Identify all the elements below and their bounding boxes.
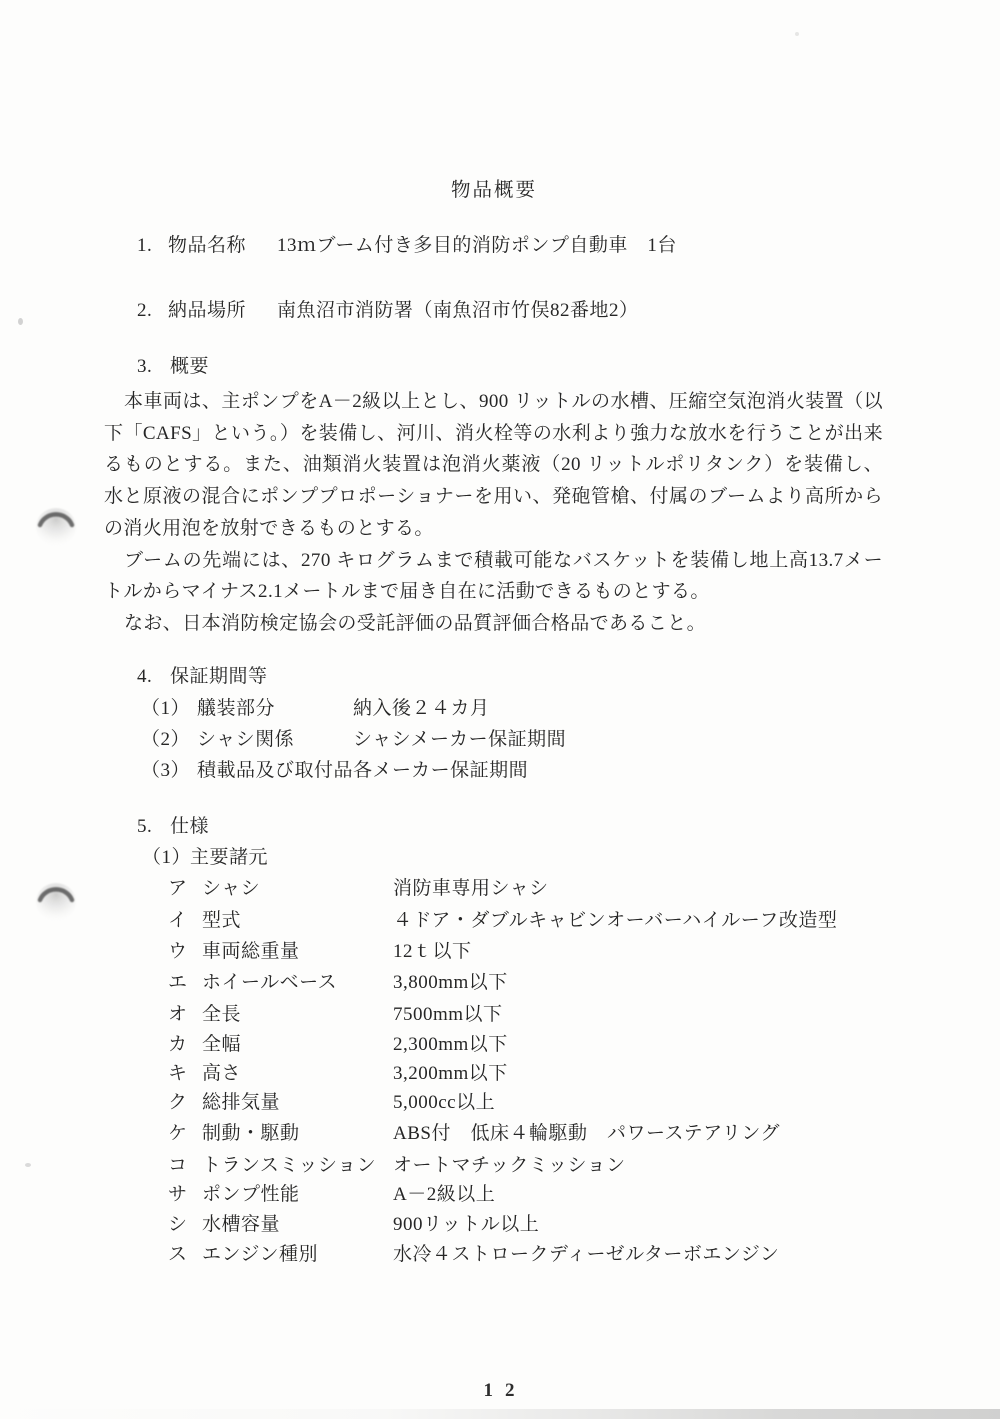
row-value: シャシメーカー保証期間 [353, 729, 566, 751]
row-number: （2） [141, 729, 190, 751]
row-value: 900リットル以上 [393, 1214, 539, 1236]
row-value: A－2級以上 [393, 1184, 495, 1206]
scan-speck [795, 32, 799, 36]
section-heading: 概要 [170, 356, 209, 378]
scanned-document-page: 物品概要 1. 物品名称 13ｍブーム付き多目的消防ポンプ自動車 1台 2. 納… [0, 0, 1000, 1419]
row-number: （3） [141, 760, 190, 782]
section-number: 5. [137, 816, 152, 838]
row-label: エンジン種別 [202, 1244, 318, 1266]
row-value: 3,800mm以下 [393, 972, 508, 994]
row-kana: オ [168, 1004, 188, 1026]
row-kana: キ [168, 1063, 188, 1085]
row-value: 水冷４ストロークディーゼルターボエンジン [393, 1244, 779, 1266]
row-label: 型式 [202, 910, 241, 932]
row-kana: シ [168, 1214, 188, 1236]
row-value: 納入後２４カ月 [353, 698, 490, 720]
row-kana: ク [168, 1092, 188, 1114]
row-label: 全幅 [202, 1034, 241, 1056]
row-value: 5,000cc以上 [393, 1092, 495, 1114]
row-kana: ケ [168, 1123, 188, 1145]
row-label: 車両総重量 [202, 941, 300, 963]
row-label: 総排気量 [202, 1092, 280, 1114]
row-value: 2,300mm以下 [393, 1034, 508, 1056]
scan-edge-shadow [0, 1409, 1000, 1419]
row-kana: コ [168, 1155, 188, 1177]
item-value: 南魚沼市消防署（南魚沼市竹俣82番地2） [277, 300, 639, 322]
row-kana: カ [168, 1034, 188, 1056]
row-label: トランスミッション [202, 1155, 376, 1177]
row-label: 艤装部分 [197, 698, 275, 720]
row-label: ポンプ性能 [202, 1184, 300, 1206]
section-number: 3. [137, 356, 152, 378]
item-label: 納品場所 [168, 300, 246, 322]
row-value: 各メーカー保証期間 [353, 760, 528, 782]
section-heading: 保証期間等 [170, 666, 268, 688]
row-value: 12ｔ以下 [393, 941, 472, 963]
row-label: ホイールベース [202, 972, 337, 994]
row-label: シャシ [202, 878, 260, 900]
row-number: （1） [141, 698, 190, 720]
scan-speck [25, 1163, 31, 1167]
row-value: 消防車専用シャシ [393, 878, 549, 900]
overview-paragraphs: 本車両は、主ポンプをA－2級以上とし、900 リットルの水槽、圧縮空気泡消火装置… [104, 386, 883, 640]
row-kana: エ [168, 972, 188, 994]
row-label: 積載品及び取付品 [197, 760, 353, 782]
punch-hole-shadow [33, 503, 79, 549]
row-kana: イ [168, 910, 188, 932]
document-title: 物品概要 [104, 174, 884, 202]
row-value: 7500mm以下 [393, 1004, 503, 1026]
row-label: 全長 [202, 1004, 241, 1026]
item-number: 1. [137, 235, 152, 257]
row-label: 制動・駆動 [202, 1123, 300, 1145]
row-label: シャシ関係 [197, 729, 294, 751]
subsection-number: （1） [142, 847, 191, 869]
overview-paragraph: なお、日本消防検定協会の受託評価の品質評価合格品であること。 [104, 608, 883, 640]
row-value: ４ドア・ダブルキャビンオーバーハイルーフ改造型 [393, 910, 837, 932]
row-label: 水槽容量 [202, 1214, 280, 1236]
section-number: 4. [137, 666, 152, 688]
row-value: ABS付 低床４輪駆動 パワーステアリング [393, 1123, 780, 1145]
overview-paragraph: 本車両は、主ポンプをA－2級以上とし、900 リットルの水槽、圧縮空気泡消火装置… [104, 386, 883, 545]
row-kana: サ [168, 1184, 188, 1206]
row-value: オートマチックミッション [393, 1155, 626, 1177]
scan-speck [18, 318, 23, 325]
section-heading: 仕様 [170, 816, 209, 838]
overview-paragraph: ブームの先端には、270 キログラムまで積載可能なバスケットを装備し地上高13.… [104, 545, 883, 608]
item-number: 2. [137, 300, 152, 322]
subsection-heading: 主要諸元 [190, 847, 268, 869]
row-kana: ウ [168, 941, 188, 963]
row-kana: ア [168, 878, 188, 900]
row-kana: ス [168, 1244, 188, 1266]
item-label: 物品名称 [168, 235, 246, 257]
item-value: 13ｍブーム付き多目的消防ポンプ自動車 1台 [277, 235, 677, 257]
punch-hole-shadow [33, 878, 79, 924]
page-number: 12 [0, 1380, 1000, 1402]
row-label: 高さ [202, 1063, 241, 1085]
row-value: 3,200mm以下 [393, 1063, 508, 1085]
